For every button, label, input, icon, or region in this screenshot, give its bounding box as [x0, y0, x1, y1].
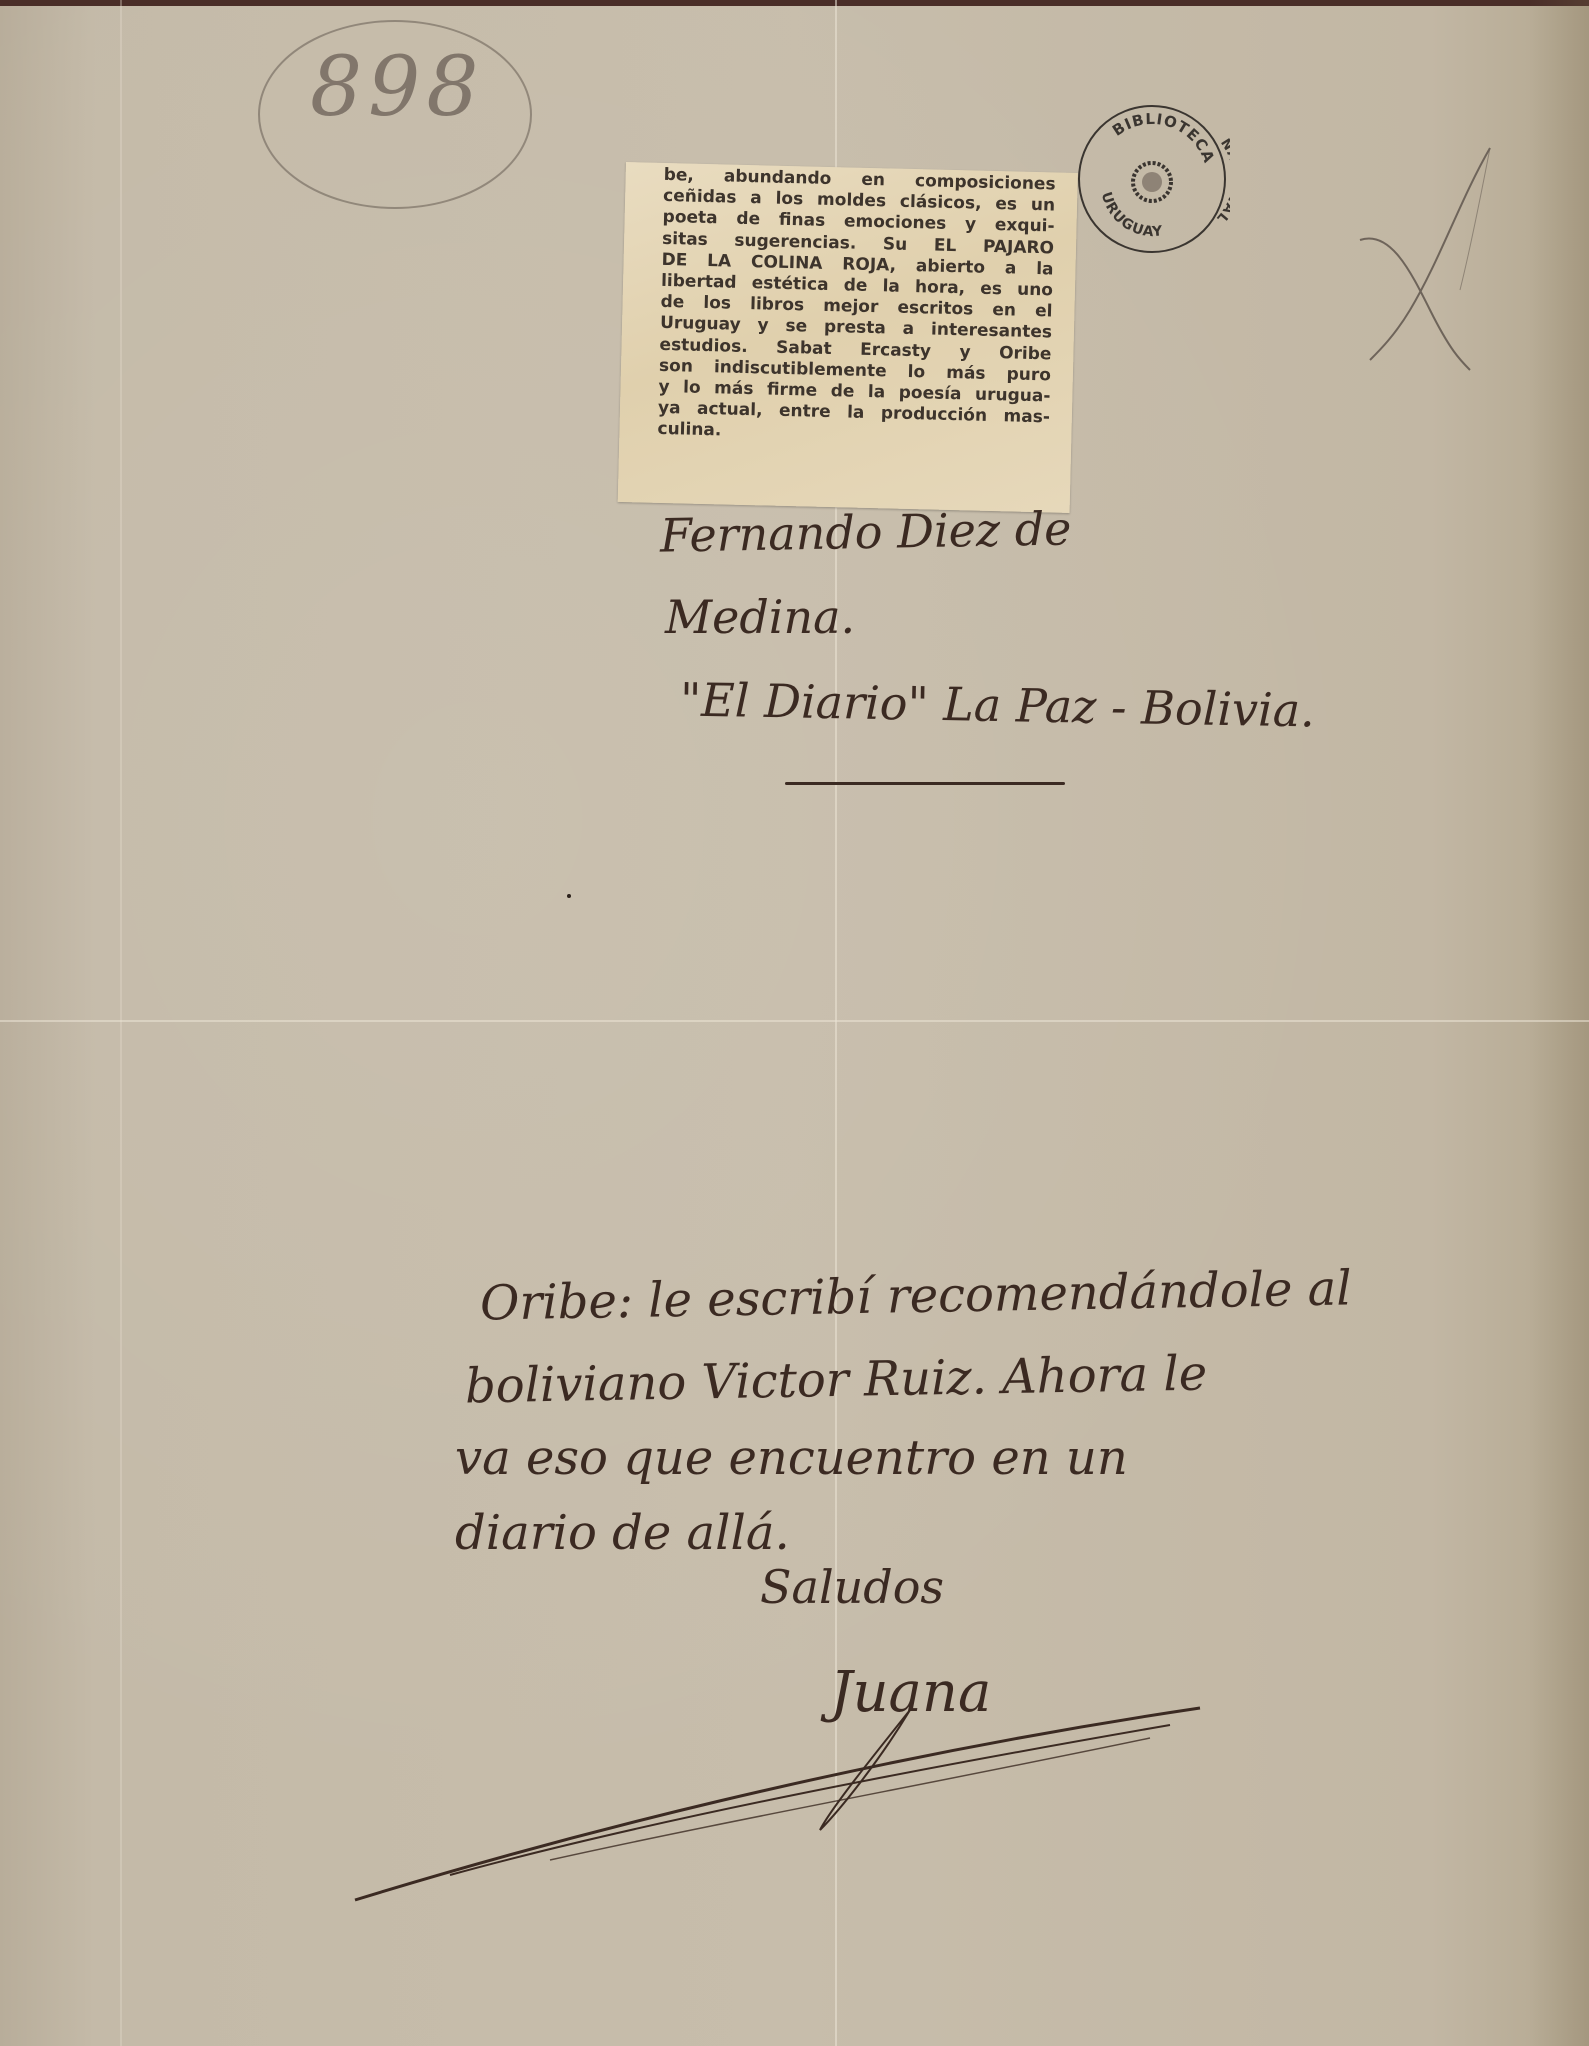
message-line-3: va eso que encuentro en un: [455, 1430, 1128, 1486]
address-line-3: "El Diario" La Paz - Bolivia.: [680, 672, 1316, 737]
library-stamp-icon: BIBLIOTECA URUGUAY NACIONAL: [1075, 102, 1230, 257]
message-line-2: boliviano Victor Ruiz. Ahora le: [465, 1346, 1208, 1415]
show-through-letterhead: [420, 960, 1120, 1028]
stamp-emblem-icon: [1133, 163, 1171, 201]
stamp-top-text: BIBLIOTECA: [1109, 110, 1218, 166]
paper-fold-left: [120, 0, 122, 2046]
svg-text:BIBLIOTECA: BIBLIOTECA: [1109, 110, 1218, 166]
svg-text:URUGUAY: URUGUAY: [1098, 190, 1164, 240]
signature-flourish-icon: [350, 1700, 1210, 1910]
address-line-1: Fernando Diez de: [660, 501, 1072, 562]
catalog-number: 898: [310, 40, 485, 135]
svg-text:NACIONAL: NACIONAL: [1213, 136, 1230, 226]
message-line-4: diario de allá.: [455, 1505, 790, 1561]
stamp-right-text: NACIONAL: [1213, 136, 1230, 226]
newspaper-clipping: be, abundando en composiciones ceñidas a…: [618, 162, 1078, 513]
address-line-2: Medina.: [665, 590, 855, 644]
message-line-1: Oribe: le escribí recomendándole al: [480, 1260, 1352, 1331]
address-underline: [785, 782, 1065, 785]
stamp-left-text: URUGUAY: [1098, 190, 1164, 240]
closing-salutation: Saludos: [760, 1560, 944, 1614]
scan-top-edge: [0, 0, 1589, 6]
clipping-text: be, abundando en composiciones ceñidas a…: [657, 165, 1056, 450]
paper-right-edge-shadow: [1529, 0, 1589, 2046]
pencil-x-mark-icon: [1350, 140, 1510, 380]
ink-dot: [567, 894, 571, 898]
letter-sheet: 898 BIBLIOTECA URUGUAY NACIONAL be, abu: [0, 0, 1589, 2046]
